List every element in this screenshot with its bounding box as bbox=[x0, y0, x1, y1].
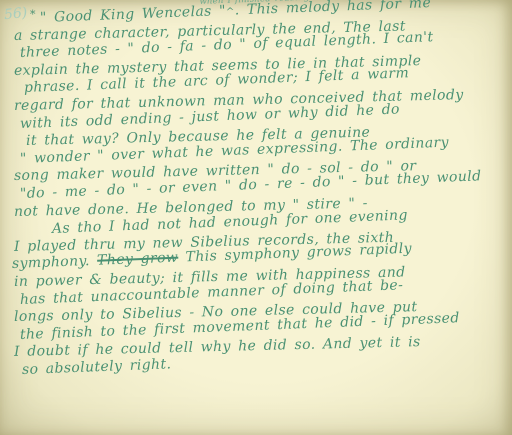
line-text-pre: symphony. bbox=[12, 253, 98, 272]
note-text-block: " Good King Wencelas "when I finished re… bbox=[10, 10, 506, 379]
struck-text: They grow bbox=[97, 250, 179, 269]
handwritten-note-page: 56) * " Good King Wencelas "when I finis… bbox=[0, 0, 512, 435]
interlinear-insertion: when I finished reading^ bbox=[226, 3, 235, 22]
